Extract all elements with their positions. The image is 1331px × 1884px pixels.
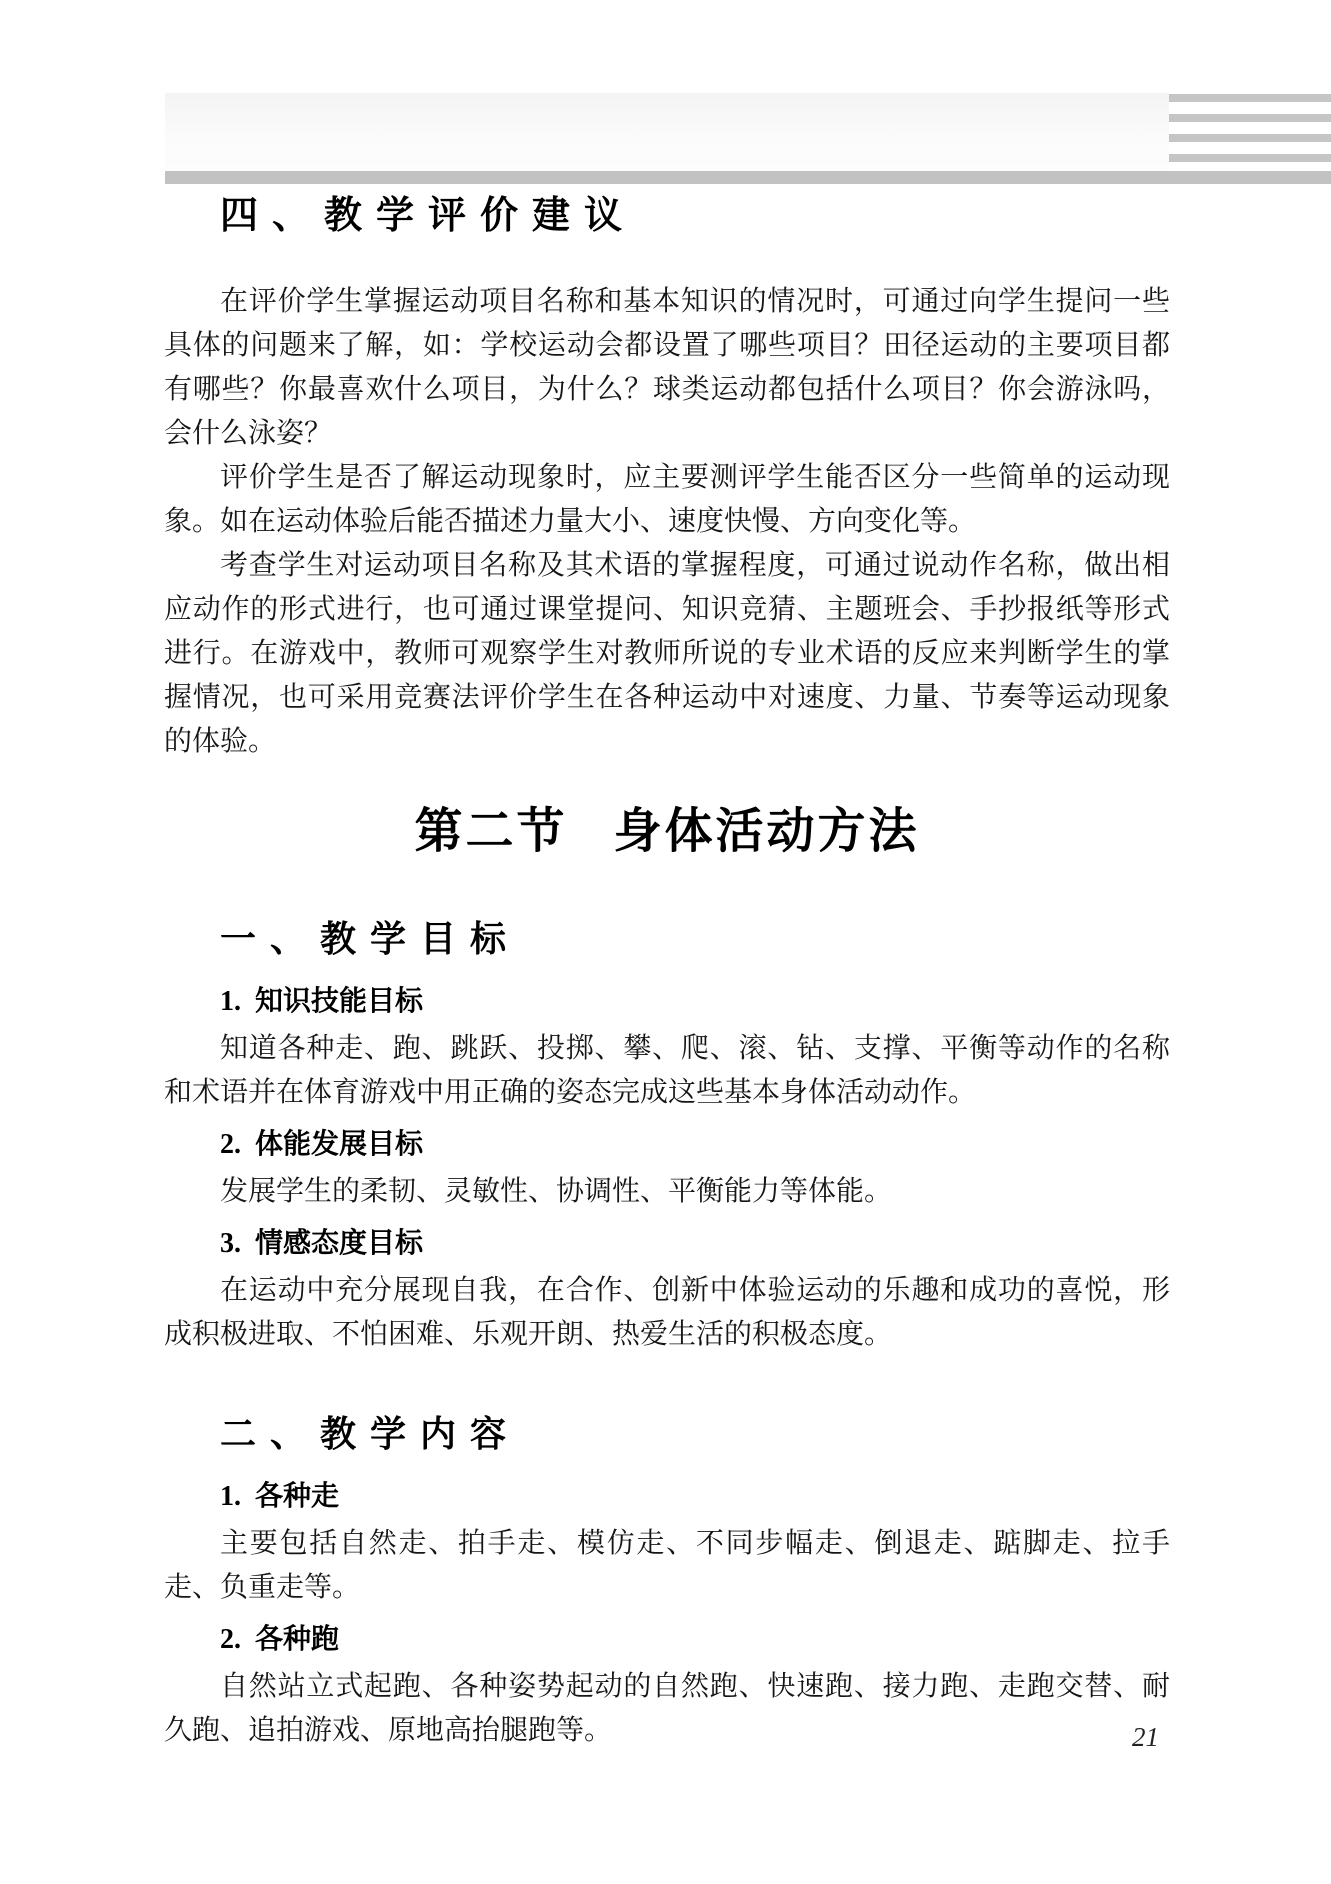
goal-item-2-body: 发展学生的柔韧、灵敏性、协调性、平衡能力等体能。 bbox=[164, 1170, 1170, 1214]
evaluation-paragraph-3: 考查学生对运动项目名称及其术语的掌握程度，可通过说动作名称，做出相应动作的形式进… bbox=[164, 544, 1170, 764]
chapter-title: 第二节身体活动方法 bbox=[164, 802, 1170, 862]
goal-item-2-title: 体能发展目标 bbox=[255, 1127, 423, 1160]
goal-item-1-body: 知道各种走、跑、跳跃、投掷、攀、爬、滚、钻、支撑、平衡等动作的名称和术语并在体育… bbox=[164, 1027, 1170, 1115]
header-stripe-4 bbox=[1169, 154, 1331, 162]
chapter-title-text: 身体活动方法 bbox=[614, 805, 920, 858]
content-item-2-body: 自然站立式起跑、各种姿势起动的自然跑、快速跑、接力跑、走跑交替、耐久跑、追拍游戏… bbox=[164, 1665, 1170, 1753]
page-number: 21 bbox=[1132, 1722, 1159, 1753]
goal-item-1-title: 知识技能目标 bbox=[255, 984, 423, 1017]
document-page: 四、教学评价建议 在评价学生掌握运动项目名称和基本知识的情况时，可通过向学生提问… bbox=[0, 0, 1331, 1884]
evaluation-paragraph-1: 在评价学生掌握运动项目名称和基本知识的情况时，可通过向学生提问一些具体的问题来了… bbox=[164, 280, 1170, 456]
content-item-1-heading: 1.各种走 bbox=[220, 1477, 1170, 1516]
chapter-label: 第二节 bbox=[414, 805, 567, 858]
header-stripe-3 bbox=[1169, 134, 1331, 142]
content-item-2-title: 各种跑 bbox=[255, 1622, 339, 1655]
content-item-1-body: 主要包括自然走、拍手走、模仿走、不同步幅走、倒退走、踮脚走、拉手走、负重走等。 bbox=[164, 1522, 1170, 1610]
goal-item-2-number: 2. bbox=[220, 1129, 241, 1160]
section-heading-evaluation: 四、教学评价建议 bbox=[220, 192, 1170, 238]
header-gradient-band bbox=[165, 93, 1169, 171]
section-heading-contents: 二、教学内容 bbox=[220, 1413, 1170, 1457]
content-item-2-number: 2. bbox=[220, 1624, 241, 1655]
page-content: 四、教学评价建议 在评价学生掌握运动项目名称和基本知识的情况时，可通过向学生提问… bbox=[164, 192, 1170, 1753]
content-item-1-number: 1. bbox=[220, 1481, 241, 1512]
goal-item-1-heading: 1.知识技能目标 bbox=[220, 982, 1170, 1021]
goal-item-3-body: 在运动中充分展现自我，在合作、创新中体验运动的乐趣和成功的喜悦，形成积极进取、不… bbox=[164, 1269, 1170, 1357]
evaluation-paragraph-2: 评价学生是否了解运动现象时，应主要测评学生能否区分一些简单的运动现象。如在运动体… bbox=[164, 456, 1170, 544]
section-heading-goals: 一、教学目标 bbox=[220, 918, 1170, 962]
goal-item-1-number: 1. bbox=[220, 986, 241, 1017]
content-item-1-title: 各种走 bbox=[255, 1479, 339, 1512]
goal-item-2-heading: 2.体能发展目标 bbox=[220, 1125, 1170, 1164]
header-stripe-1 bbox=[1169, 94, 1331, 102]
goal-item-3-number: 3. bbox=[220, 1228, 241, 1259]
header-bottom-bar bbox=[165, 171, 1331, 184]
content-item-2-heading: 2.各种跑 bbox=[220, 1620, 1170, 1659]
goal-item-3-title: 情感态度目标 bbox=[255, 1226, 423, 1259]
goal-item-3-heading: 3.情感态度目标 bbox=[220, 1224, 1170, 1263]
header-stripe-2 bbox=[1169, 114, 1331, 122]
